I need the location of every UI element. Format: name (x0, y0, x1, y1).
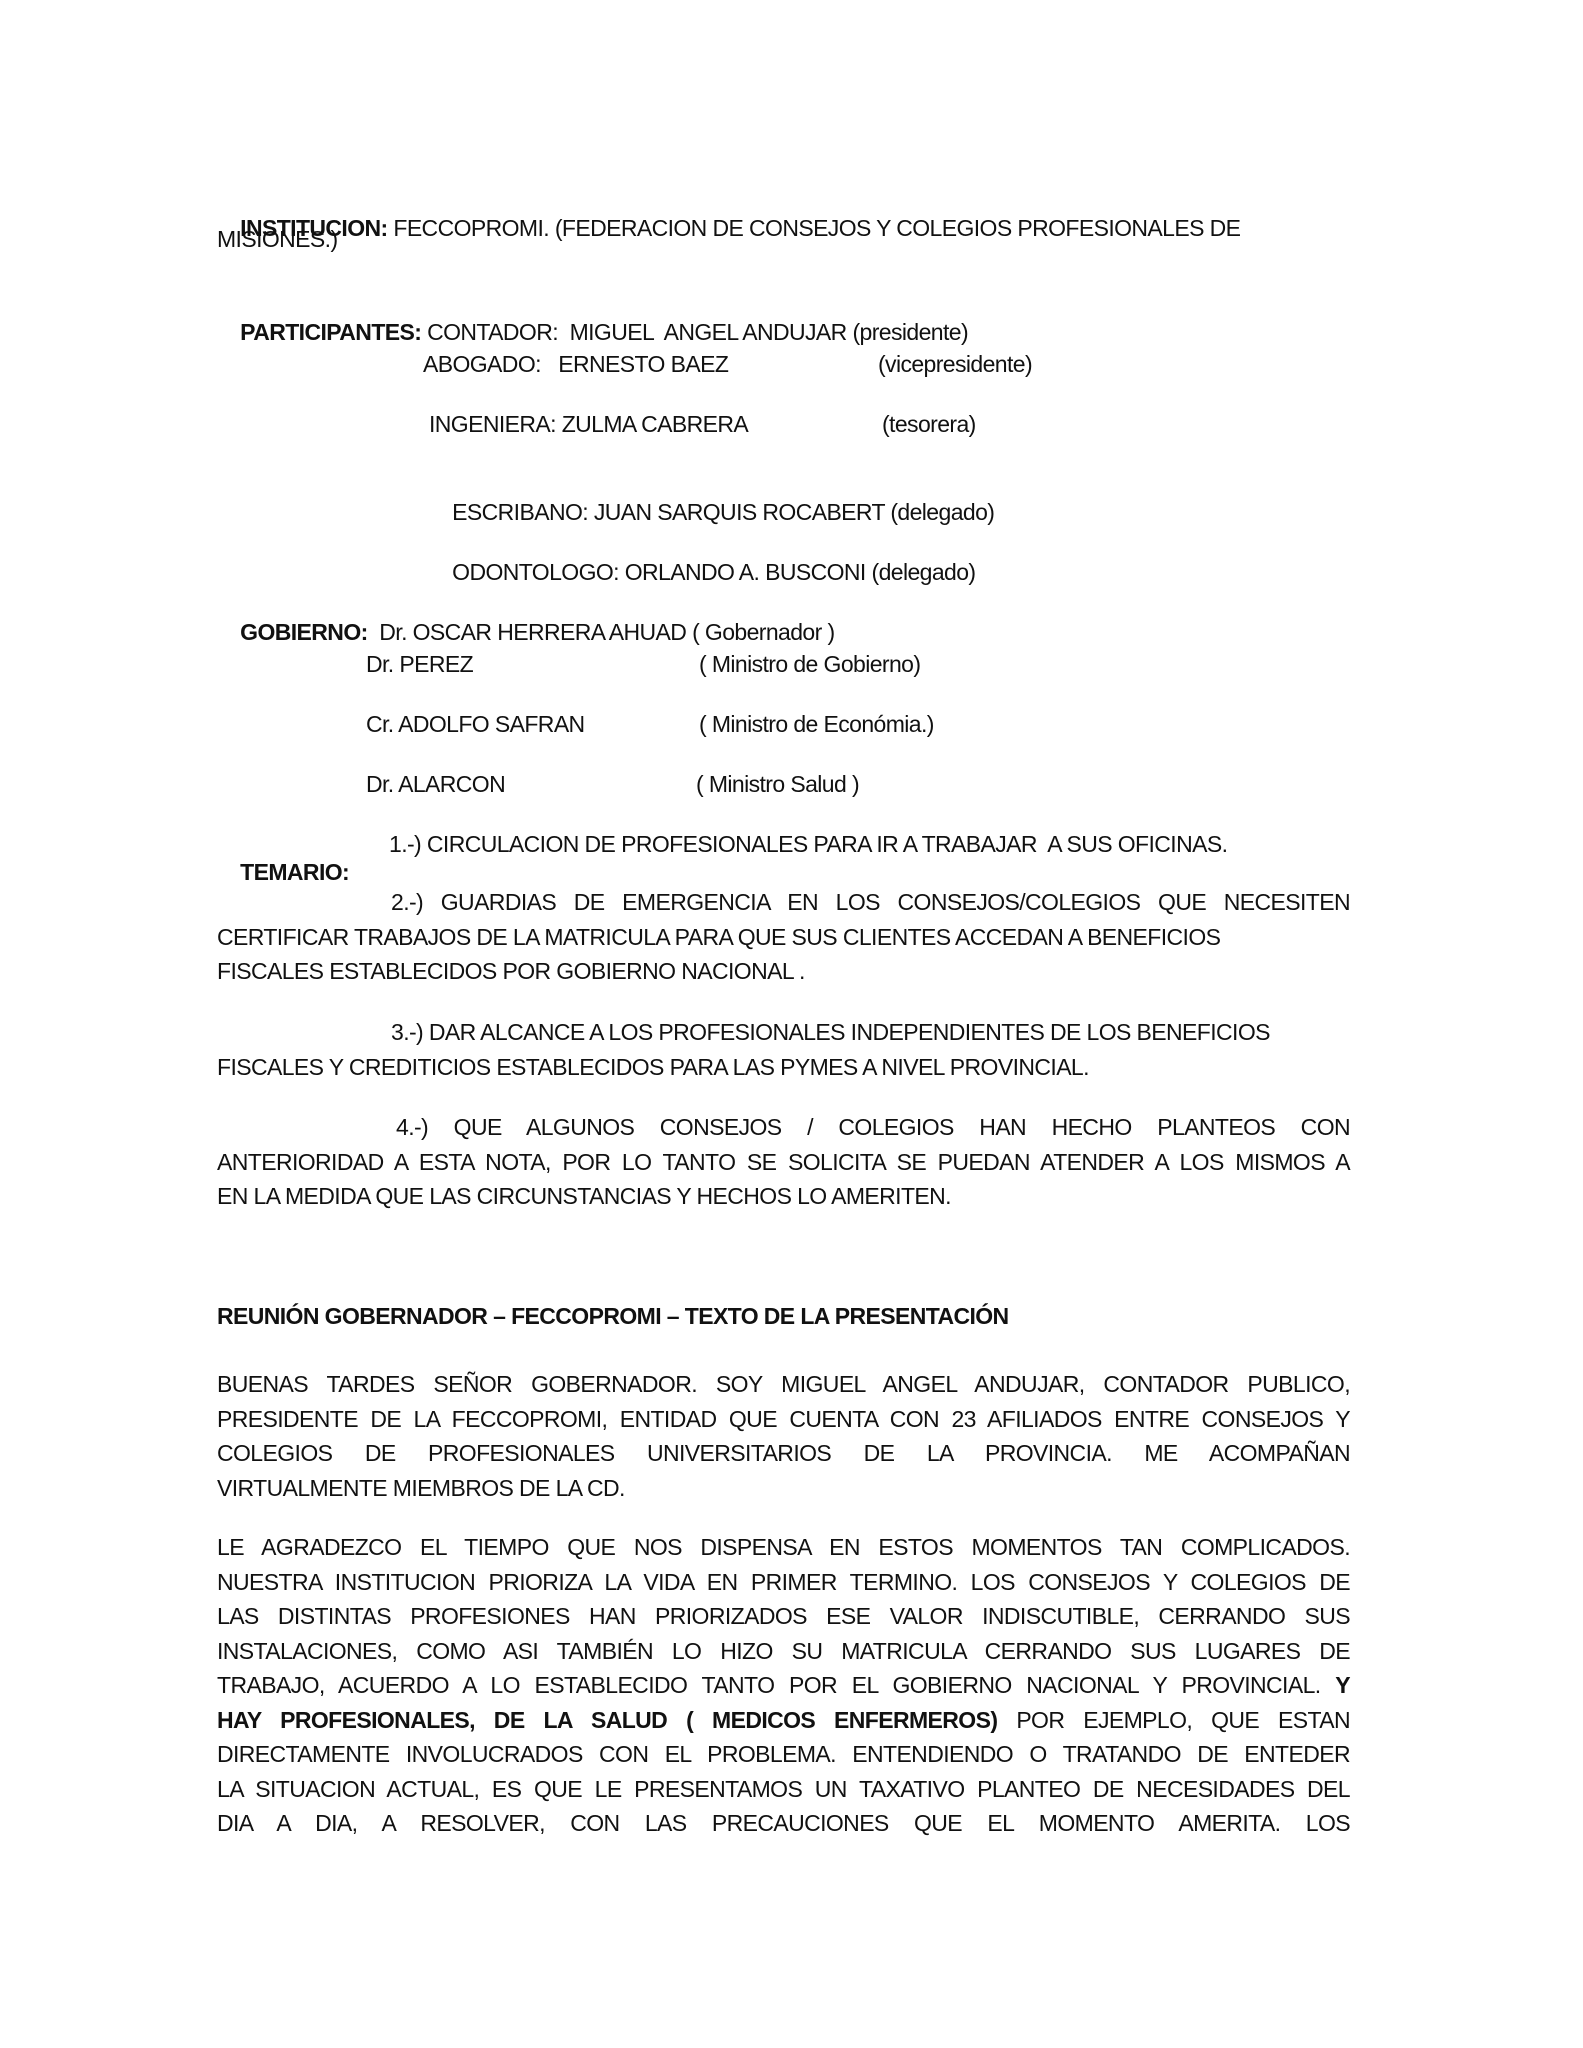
temario-item-3-line: FISCALES Y CREDITICIOS ESTABLECIDOS PARA… (217, 1050, 1350, 1085)
institucion-text: FECCOPROMI. (FEDERACION DE CONSEJOS Y CO… (388, 215, 1241, 241)
temario-item-4-line: EN LA MEDIDA QUE LAS CIRCUNSTANCIAS Y HE… (217, 1179, 1350, 1214)
temario-item-3: 3.-) DAR ALCANCE A LOS PROFESIONALES IND… (217, 1015, 1350, 1084)
participant-position: (tesorera) (882, 410, 976, 438)
paragraph-line: TRABAJO, ACUERDO A LO ESTABLECIDO TANTO … (217, 1668, 1350, 1703)
paragraph-line: DIA A DIA, A RESOLVER, CON LAS PRECAUCIO… (217, 1806, 1350, 1841)
paragraph-line-text: POR EJEMPLO, QUE ESTAN (1016, 1707, 1350, 1733)
paragraph-bold-text: HAY PROFESIONALES, DE LA SALUD ( MEDICOS… (217, 1707, 997, 1733)
temario-item-2-line: CERTIFICAR TRABAJOS DE LA MATRICULA PARA… (217, 920, 1350, 955)
gobierno-position: ( Ministro de Gobierno) (699, 650, 920, 678)
temario-item-2-line: 2.-) GUARDIAS DE EMERGENCIA EN LOS CONSE… (217, 885, 1350, 920)
gobierno-name: Dr. PEREZ (366, 650, 473, 678)
participant-position: (delegado) (890, 499, 994, 525)
participant-position: (delegado) (872, 559, 976, 585)
participant-role-name: ODONTOLOGO: ORLANDO A. BUSCONI (452, 559, 866, 585)
gobierno-position: ( Ministro de Económia.) (699, 710, 934, 738)
gobierno-label: GOBIERNO: (240, 619, 368, 645)
institucion-text-continued: MISIONES.) (217, 225, 338, 253)
paragraph-line: VIRTUALMENTE MIEMBROS DE LA CD. (217, 1471, 1350, 1506)
participant-role-name: ESCRIBANO: JUAN SARQUIS ROCABERT (452, 499, 884, 525)
paragraph-line: LE AGRADEZCO EL TIEMPO QUE NOS DISPENSA … (217, 1530, 1350, 1565)
document-page: INSTITUCION: FECCOPROMI. (FEDERACION DE … (0, 0, 1583, 2048)
presentacion-heading: REUNIÓN GOBERNADOR – FECCOPROMI – TEXTO … (217, 1302, 1009, 1330)
temario-item-1: 1.-) CIRCULACION DE PROFESIONALES PARA I… (389, 830, 1227, 858)
temario-item-4-line: ANTERIORIDAD A ESTA NOTA, POR LO TANTO S… (217, 1145, 1350, 1180)
paragraph-line: LAS DISTINTAS PROFESIONES HAN PRIORIZADO… (217, 1599, 1350, 1634)
gobierno-name: Cr. ADOLFO SAFRAN (366, 710, 585, 738)
participant-role-name: INGENIERA: ZULMA CABRERA (429, 410, 748, 438)
temario-item-2-line: FISCALES ESTABLECIDOS POR GOBIERNO NACIO… (217, 954, 1350, 989)
paragraph-line: COLEGIOS DE PROFESIONALES UNIVERSITARIOS… (217, 1436, 1350, 1471)
institucion-line: INSTITUCION: FECCOPROMI. (FEDERACION DE … (217, 186, 1240, 270)
paragraph-line: BUENAS TARDES SEÑOR GOBERNADOR. SOY MIGU… (217, 1367, 1350, 1402)
paragraph-bold-text: Y (1335, 1672, 1350, 1698)
temario-label-text: TEMARIO: (240, 859, 349, 885)
temario-item-4: 4.-) QUE ALGUNOS CONSEJOS / COLEGIOS HAN… (217, 1110, 1350, 1214)
paragraph-line: DIRECTAMENTE INVOLUCRADOS CON EL PROBLEM… (217, 1737, 1350, 1772)
presentacion-paragraph-2: LE AGRADEZCO EL TIEMPO QUE NOS DISPENSA … (217, 1530, 1350, 1841)
paragraph-line: HAY PROFESIONALES, DE LA SALUD ( MEDICOS… (217, 1703, 1350, 1738)
paragraph-line-text: TRABAJO, ACUERDO A LO ESTABLECIDO TANTO … (217, 1672, 1321, 1698)
participant-role-name: ABOGADO: ERNESTO BAEZ (423, 350, 728, 378)
presentacion-paragraph-1: BUENAS TARDES SEÑOR GOBERNADOR. SOY MIGU… (217, 1367, 1350, 1505)
gobierno-name: Dr. ALARCON (366, 770, 505, 798)
gobierno-name: Dr. OSCAR HERRERA AHUAD (379, 619, 686, 645)
paragraph-line: PRESIDENTE DE LA FECCOPROMI, ENTIDAD QUE… (217, 1402, 1350, 1437)
gobierno-position: ( Ministro Salud ) (696, 770, 859, 798)
paragraph-line: NUESTRA INSTITUCION PRIORIZA LA VIDA EN … (217, 1565, 1350, 1600)
participant-position: (vicepresidente) (878, 350, 1032, 378)
paragraph-line: LA SITUACION ACTUAL, ES QUE LE PRESENTAM… (217, 1772, 1350, 1807)
paragraph-line: INSTALACIONES, COMO ASI TAMBIÉN LO HIZO … (217, 1634, 1350, 1669)
participant-role-name: CONTADOR: MIGUEL ANGEL ANDUJAR (427, 319, 847, 345)
participantes-label: PARTICIPANTES: (240, 319, 421, 345)
temario-item-3-line: 3.-) DAR ALCANCE A LOS PROFESIONALES IND… (217, 1015, 1350, 1050)
gobierno-position: ( Gobernador ) (692, 619, 834, 645)
participant-position: (presidente) (852, 319, 968, 345)
temario-item-4-line: 4.-) QUE ALGUNOS CONSEJOS / COLEGIOS HAN… (217, 1110, 1350, 1145)
temario-item-2: 2.-) GUARDIAS DE EMERGENCIA EN LOS CONSE… (217, 885, 1350, 989)
